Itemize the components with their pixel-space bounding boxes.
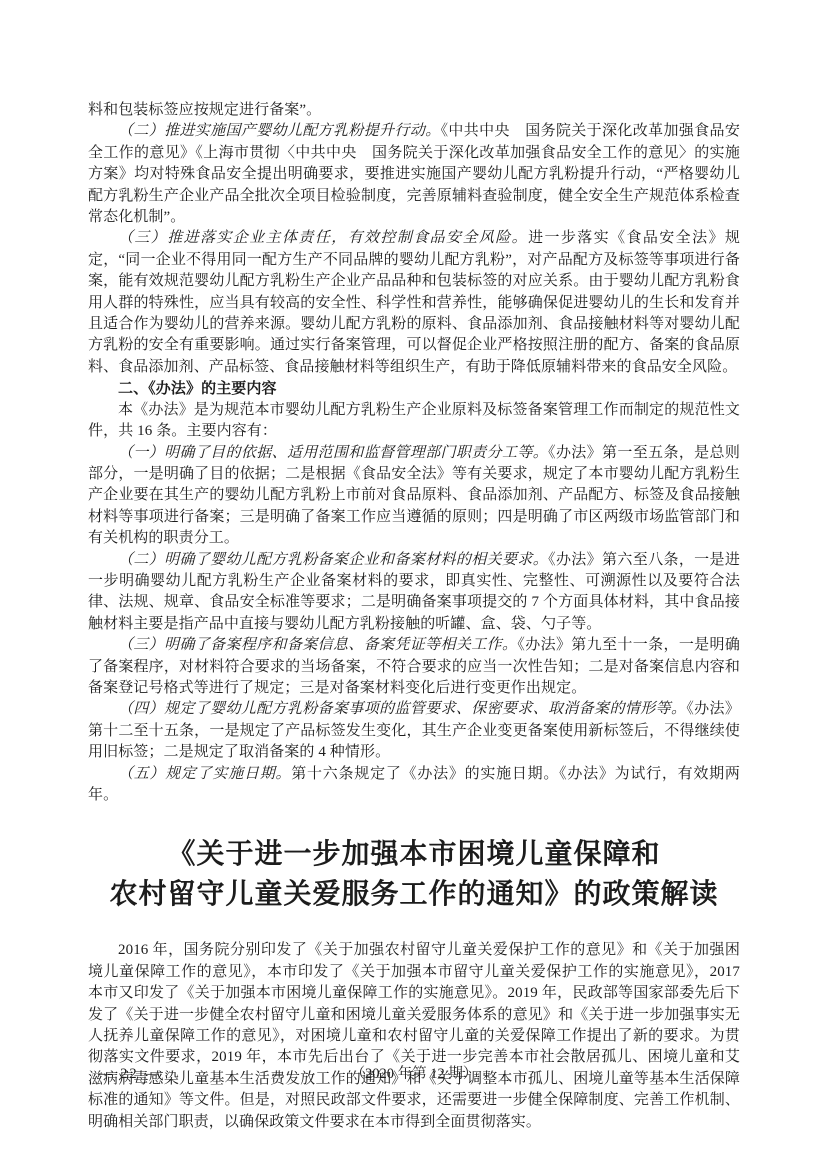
article-title-line2: 农村留守儿童关爱服务工作的通知》的政策解读 xyxy=(88,875,740,915)
paragraph-lead: （二）明确了婴幼儿配方乳粉备案企业和备案材料的相关要求。 xyxy=(118,552,548,568)
body-paragraph: （三）推进落实企业主体责任，有效控制食品安全风险。进一步落实《食品安全法》规定，… xyxy=(88,228,740,378)
intro-paragraph: 本《办法》是为规范本市婴幼儿配方乳粉生产企业原料及标签备案管理工作而制定的规范性… xyxy=(88,400,740,443)
issue-label: （2020 年第 12 期） xyxy=(88,1063,740,1085)
section-heading: 二、《办法》的主要内容 xyxy=(88,378,740,399)
page-content: 料和包装标签应按规定进行备案”。 （二）推进实施国产婴幼儿配方乳粉提升行动。《中… xyxy=(88,100,740,1133)
paragraph-lead: （四）规定了婴幼儿配方乳粉备案事项的监管要求、保密要求、取消备案的情形等。 xyxy=(118,701,686,717)
paragraph-lead: （一）明确了目的依据、适用范围和监督管理部门职责分工等。 xyxy=(118,445,548,461)
page-number: — 22 — xyxy=(98,1063,161,1085)
gazette-page: 料和包装标签应按规定进行备案”。 （二）推进实施国产婴幼儿配方乳粉提升行动。《中… xyxy=(0,0,827,1170)
paragraph-continuation: 料和包装标签应按规定进行备案”。 xyxy=(88,100,740,121)
page-footer: — 22 — （2020 年第 12 期） xyxy=(88,1063,740,1085)
article-title-line1: 《关于进一步加强本市困境儿童保障和 xyxy=(88,835,740,875)
point-paragraph: （五）规定了实施日期。第十六条规定了《办法》的实施日期。《办法》为试行，有效期两… xyxy=(88,764,740,807)
point-paragraph: （二）明确了婴幼儿配方乳粉备案企业和备案材料的相关要求。《办法》第六至八条，一是… xyxy=(88,550,740,636)
paragraph-text: 进一步落实《食品安全法》规定，“同一企业不得用同一配方生产不同品牌的婴幼儿配方乳… xyxy=(88,230,740,374)
paragraph-lead: （二）推进实施国产婴幼儿配方乳粉提升行动。 xyxy=(118,123,441,139)
point-paragraph: （三）明确了备案程序和备案信息、备案凭证等相关工作。《办法》第九至十一条，一是明… xyxy=(88,635,740,699)
paragraph-lead: （三）推进落实企业主体责任，有效控制食品安全风险。 xyxy=(118,230,528,246)
body-paragraph: （二）推进实施国产婴幼儿配方乳粉提升行动。《中共中央 国务院关于深化改革加强食品… xyxy=(88,121,740,228)
paragraph-lead: （三）明确了备案程序和备案信息、备案凭证等相关工作。 xyxy=(118,637,517,653)
paragraph-lead: （五）规定了实施日期。 xyxy=(118,766,291,782)
body-paragraph: 2016 年，国务院分别印发了《关于加强农村留守儿童关爱保护工作的意见》和《关于… xyxy=(88,940,740,1133)
point-paragraph: （四）规定了婴幼儿配方乳粉备案事项的监管要求、保密要求、取消备案的情形等。《办法… xyxy=(88,699,740,763)
point-paragraph: （一）明确了目的依据、适用范围和监督管理部门职责分工等。《办法》第一至五条，是总… xyxy=(88,443,740,550)
article-title: 《关于进一步加强本市困境儿童保障和 农村留守儿童关爱服务工作的通知》的政策解读 xyxy=(88,835,740,915)
